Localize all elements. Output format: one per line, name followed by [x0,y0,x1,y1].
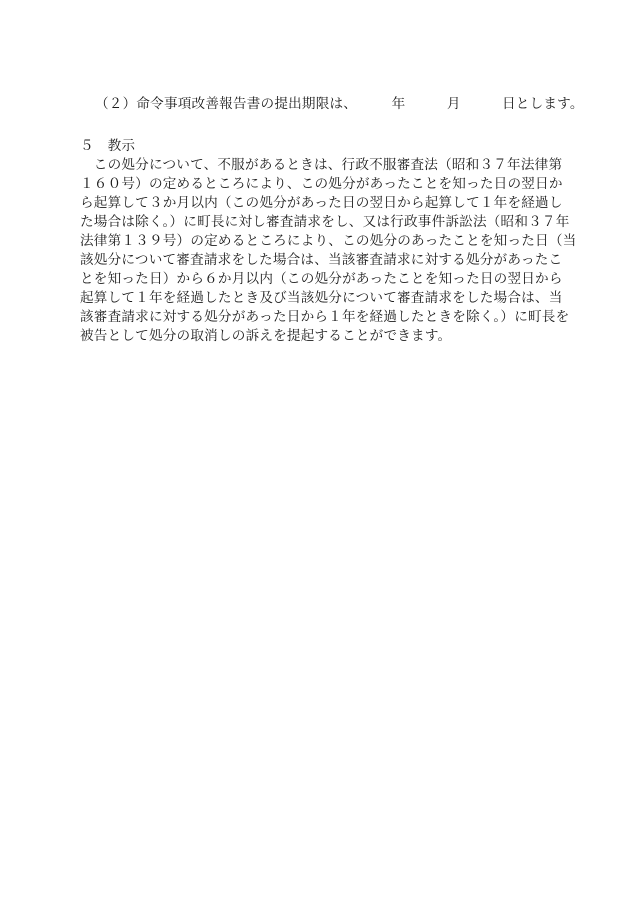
report-deadline-item: （２）命令事項改善報告書の提出期限は、 年 月 日とします。 [95,95,584,113]
section-5-body-line: 該審査請求に対する処分があった日から１年を経過したときを除く。）に町長を [80,308,569,326]
section-5-body-line: １６０号）の定めるところにより、この処分があったことを知った日の翌日か [80,175,563,193]
section-5-body-line: 被告として処分の取消しの訴えを提起することができます。 [80,327,451,345]
section-5-body-line: た場合は除く。）に町長に対し審査請求をし、又は行政事件訴訟法（昭和３７年 [80,213,570,231]
section-5-body-line: とを知った日）から６か月以内（この処分があったことを知った日の翌日から [80,270,563,288]
section-5-body-line: ら起算して３か月以内（この処分があった日の翌日から起算して１年を経過し [80,194,563,212]
section-5-body-line: 法律第１３９号）の定めるところにより、この処分のあったことを知った日（当 [80,232,576,250]
section-5-body-line: 起算して１年を経過したとき及び当該処分について審査請求をした場合は、当 [80,289,563,307]
section-5-body-line: この処分について、不服があるときは、行政不服審査法（昭和３７年法律第 [80,156,562,174]
section-5-heading: ５ 教示 [80,137,135,155]
document-page: （２）命令事項改善報告書の提出期限は、 年 月 日とします。 ５ 教示 この処分… [0,0,630,903]
section-5-body-line: 該処分について審査請求をした場合は、当該審査請求に対する処分があったこ [80,251,562,269]
